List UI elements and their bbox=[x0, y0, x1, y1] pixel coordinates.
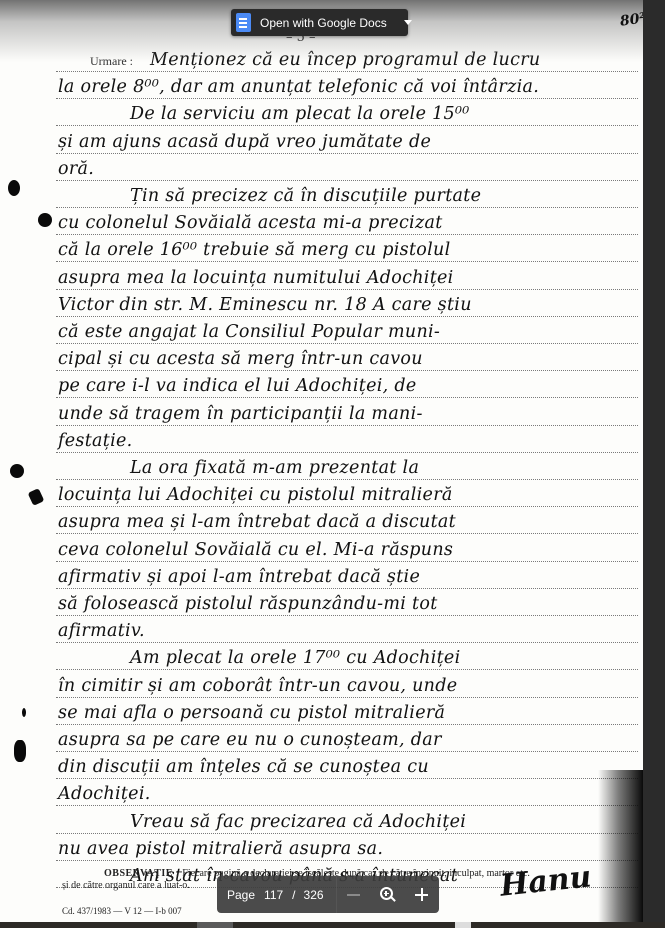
ruled-line bbox=[56, 370, 638, 371]
strip-segment bbox=[197, 922, 233, 928]
ruled-line bbox=[56, 506, 638, 507]
handwritten-line: ceva colonelul Sovăială cu el. Mi-a răsp… bbox=[58, 539, 638, 561]
ruled-line bbox=[56, 588, 638, 589]
handwritten-line: din discuții am înțeles că se cunoștea c… bbox=[58, 756, 638, 778]
handwritten-line: asupra mea și l-am întrebat dacă a discu… bbox=[58, 511, 638, 533]
handwritten-line: pe care i-l va indica el lui Adochiței, … bbox=[58, 375, 638, 397]
form-code: Cd. 437/1983 — V 12 — I-b 007 bbox=[62, 906, 182, 916]
zoom-out-button[interactable] bbox=[337, 876, 371, 913]
ink-blot bbox=[38, 213, 52, 227]
archive-page-number: 80² bbox=[619, 10, 643, 29]
ruled-line bbox=[56, 561, 638, 562]
handwritten-line: Țin să precizez că în discuțiile purtate bbox=[130, 185, 638, 207]
open-with-dropdown-button[interactable] bbox=[396, 9, 412, 36]
ink-blot bbox=[28, 488, 45, 506]
ruled-line bbox=[56, 833, 638, 834]
handwritten-line: unde să tragem în participanții la mani- bbox=[58, 403, 638, 425]
handwritten-line: La ora fixată m-am prezentat la bbox=[130, 457, 638, 479]
handwritten-line: să folosească pistolul răspunzându-mi to… bbox=[58, 593, 638, 615]
minus-icon bbox=[347, 894, 360, 896]
ruled-line bbox=[56, 479, 638, 480]
ruled-line bbox=[56, 125, 638, 126]
handwritten-line: oră. bbox=[58, 158, 638, 180]
ruled-line bbox=[56, 207, 638, 208]
total-pages: 326 bbox=[304, 888, 324, 902]
handwritten-line: festație. bbox=[58, 430, 638, 452]
handwritten-line: asupra sa pe care eu nu o cunoșteam, dar bbox=[58, 729, 638, 751]
handwritten-line: că este angajat la Consiliul Popular mun… bbox=[58, 321, 638, 343]
handwritten-line: De la serviciu am plecat la orele 15⁰⁰ bbox=[130, 103, 638, 125]
ruled-line bbox=[56, 425, 638, 426]
handwritten-line: că la orele 16⁰⁰ trebuie să merg cu pist… bbox=[58, 239, 638, 261]
google-docs-icon bbox=[236, 13, 251, 32]
page-separator: / bbox=[292, 888, 295, 902]
handwritten-line: asupra mea la locuința numitului Adochiț… bbox=[58, 267, 638, 289]
scan-shadow bbox=[598, 770, 643, 922]
current-page-input[interactable]: 117 bbox=[264, 888, 283, 902]
caret-down-icon bbox=[404, 20, 412, 25]
zoom-fit-button[interactable] bbox=[371, 876, 405, 913]
ink-blot bbox=[22, 708, 26, 717]
ruled-line bbox=[56, 697, 638, 698]
handwritten-line: la orele 8⁰⁰, dar am anunțat telefonic c… bbox=[58, 76, 638, 98]
handwritten-line: cu colonelul Sovăială acesta mi-a preciz… bbox=[58, 212, 638, 234]
handwritten-line: Am plecat la orele 17⁰⁰ cu Adochiței bbox=[130, 647, 638, 669]
handwritten-line: și am ajuns acasă după vreo jumătate de bbox=[58, 131, 638, 153]
handwritten-line: Menționez că eu încep programul de lucru bbox=[150, 49, 638, 71]
open-with-google-docs-button[interactable]: Open with Google Docs bbox=[231, 9, 387, 36]
page-label: Page bbox=[227, 888, 255, 902]
ruled-line bbox=[56, 860, 638, 861]
urmare-label: Urmare : bbox=[90, 54, 133, 69]
zoom-in-button[interactable] bbox=[405, 876, 439, 913]
ruled-line bbox=[56, 724, 638, 725]
ruled-line bbox=[56, 316, 638, 317]
ruled-line bbox=[56, 180, 638, 181]
handwritten-line: în cimitir și am coborât într-un cavou, … bbox=[58, 675, 638, 697]
ruled-line bbox=[56, 98, 638, 99]
handwritten-line: afirmativ. bbox=[58, 620, 638, 642]
handwritten-line: afirmativ și apoi l-am întrebat dacă ști… bbox=[58, 566, 638, 588]
handwritten-line: nu avea pistol mitralieră asupra sa. bbox=[58, 838, 638, 860]
ruled-line bbox=[56, 343, 638, 344]
bottom-strip bbox=[0, 922, 665, 928]
ruled-line bbox=[56, 397, 638, 398]
ruled-line bbox=[56, 71, 638, 72]
page-navigation: Page 117 / 326 bbox=[217, 876, 439, 913]
ruled-line bbox=[56, 669, 638, 670]
ruled-line bbox=[56, 533, 638, 534]
ruled-line bbox=[56, 805, 638, 806]
handwritten-line: se mai afla o persoană cu pistol mitrali… bbox=[58, 702, 638, 724]
ruled-line bbox=[56, 452, 638, 453]
handwritten-line: Vreau să fac precizarea că Adochiței bbox=[130, 811, 638, 833]
ruled-line bbox=[56, 261, 638, 262]
ruled-line bbox=[56, 778, 638, 779]
ink-blot bbox=[8, 180, 20, 196]
document-page: – 5 – 80² Urmare : Menționez că eu încep… bbox=[0, 0, 643, 922]
observatie-line2: și de către organul care a luat-o. bbox=[62, 880, 190, 891]
observatie-label: OBSERVAȚIE : bbox=[104, 868, 180, 879]
ruled-line bbox=[56, 615, 638, 616]
handwritten-line: locuința lui Adochiței cu pistolul mitra… bbox=[58, 484, 638, 506]
magnifier-plus-icon bbox=[380, 887, 396, 903]
open-with-label: Open with Google Docs bbox=[260, 16, 387, 30]
ruled-line bbox=[56, 153, 638, 154]
ruled-line bbox=[56, 289, 638, 290]
ink-blot bbox=[10, 464, 24, 478]
strip-segment bbox=[455, 922, 471, 928]
handwritten-line: cipal și cu acesta să merg într-un cavou bbox=[58, 348, 638, 370]
ruled-line bbox=[56, 751, 638, 752]
ruled-line bbox=[56, 234, 638, 235]
handwritten-line: Adochiței. bbox=[58, 783, 638, 805]
ruled-line bbox=[56, 642, 638, 643]
ink-blot bbox=[14, 740, 26, 762]
open-with-google-docs: Open with Google Docs bbox=[231, 9, 408, 36]
handwritten-line: Victor din str. M. Eminescu nr. 18 A car… bbox=[58, 294, 638, 316]
